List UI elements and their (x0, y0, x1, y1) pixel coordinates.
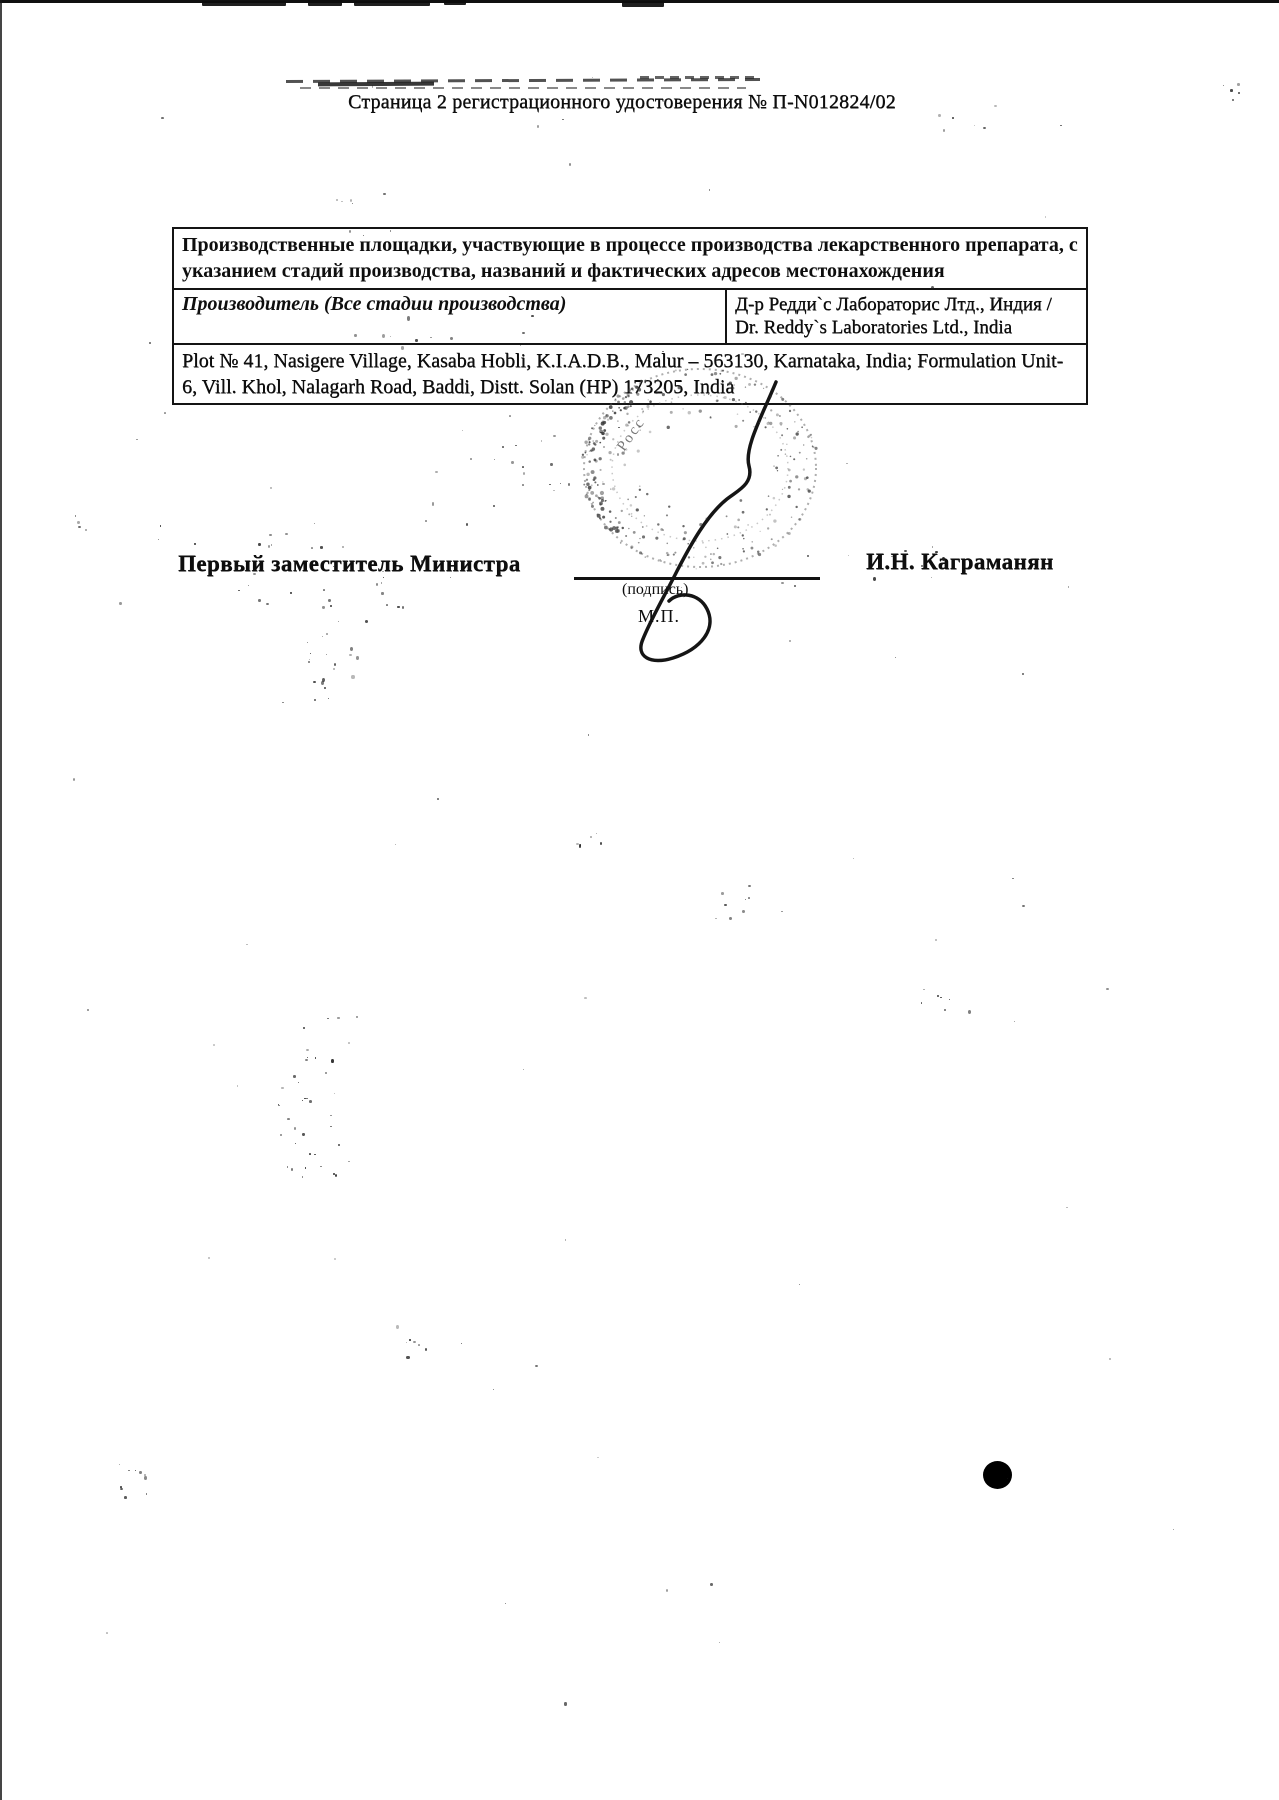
stamp-speck (592, 450, 594, 452)
stamp-speck (726, 515, 728, 517)
scan-speck (75, 515, 77, 517)
stamp-speck (735, 377, 738, 380)
scan-speck (328, 698, 329, 699)
stamp-speck (773, 465, 775, 467)
scan-speck (194, 543, 196, 545)
scan-speck (1237, 83, 1239, 85)
scan-speck (306, 1098, 307, 1100)
scan-speck (921, 565, 923, 567)
stamp-speck (801, 426, 803, 428)
scan-speck (139, 1471, 142, 1474)
stamp-speck (747, 524, 749, 526)
stamp-speck (759, 422, 760, 423)
scan-speck (873, 577, 876, 581)
scan-speck (266, 603, 269, 605)
scan-speck (302, 1176, 303, 1178)
scan-speck (432, 502, 435, 506)
scan-speck (1045, 216, 1046, 218)
scan-speck (420, 343, 421, 344)
stamp-speck (639, 485, 641, 487)
stamp-speck (618, 407, 620, 409)
stamp-speck (624, 401, 626, 403)
stamp-speck (657, 379, 659, 381)
stamp-speck (775, 467, 778, 470)
producer-value-ru: Д-р Редди`с Лабораторис Лтд., Индия / (735, 293, 1078, 317)
scan-speck (337, 1017, 339, 1020)
scan-speck (935, 939, 937, 941)
stamp-speck (604, 526, 608, 530)
stamp-speck (649, 431, 652, 434)
scan-speck (549, 484, 550, 485)
scan-speck (425, 1348, 427, 1351)
stamp-speck (717, 548, 719, 550)
stamp-speck (774, 544, 777, 547)
scan-speck (326, 633, 327, 635)
scan-speck (1223, 85, 1224, 86)
signature-caption: (подпись) (622, 581, 688, 599)
stamp-speck (675, 369, 677, 371)
stamp-speck (667, 426, 670, 429)
scan-speck (124, 1496, 127, 1499)
stamp-speck (786, 444, 787, 445)
stamp-speck (588, 460, 591, 463)
stamp-speck (600, 491, 604, 495)
scan-speck (949, 999, 951, 1000)
scan-speck (390, 336, 391, 337)
scan-speck (383, 193, 385, 195)
scan-speck (565, 1239, 566, 1240)
stamp-speck (790, 456, 792, 458)
stamp-speck (609, 510, 612, 513)
stamp-speck (755, 410, 757, 412)
scan-speck (715, 918, 717, 920)
stamp-speck (660, 528, 663, 531)
scan-speck (208, 1257, 210, 1259)
scan-speck (681, 587, 682, 588)
scan-speck (238, 590, 240, 591)
scan-speck (390, 230, 391, 231)
stamp-speck (732, 387, 734, 389)
scan-speck (601, 499, 604, 502)
scan-speck (330, 1126, 332, 1127)
stamp-speck (586, 479, 588, 481)
stamp-speck (588, 486, 592, 490)
signer-title: Первый заместитель Министра (178, 551, 521, 577)
scan-speck (335, 1174, 337, 1177)
stamp-speck (620, 542, 622, 544)
scan-speck (161, 117, 163, 119)
scan-speck (437, 798, 439, 800)
stamp-speck (599, 457, 602, 460)
stamp-speck (642, 526, 644, 528)
scan-speck (974, 125, 975, 126)
scan-speck (158, 539, 159, 540)
stamp-speck (639, 538, 640, 539)
signer-name: И.Н. Каграманян (866, 549, 1054, 575)
scan-speck (383, 577, 385, 578)
stamp-arc-text: Росс (614, 415, 648, 455)
scan-speck (600, 842, 602, 844)
scan-speck (522, 484, 524, 486)
scan-speck (302, 1133, 304, 1135)
stamp-speck (684, 531, 687, 534)
scan-speck (944, 1009, 946, 1011)
scan-speck (309, 1153, 311, 1155)
scan-speck (314, 1154, 315, 1156)
stamp-speck (787, 495, 790, 498)
scan-speck (789, 640, 791, 643)
stamp-speck (602, 516, 605, 519)
scan-speck (293, 1075, 296, 1077)
scan-speck (334, 663, 337, 666)
stamp-speck (745, 402, 747, 404)
stamp-speck (592, 447, 595, 450)
scan-speck (509, 415, 511, 417)
scan-speck (342, 546, 344, 549)
stamp-speck (684, 373, 687, 376)
scan-speck (330, 1115, 332, 1116)
scan-speck (1060, 125, 1062, 127)
stamp-speck (648, 399, 649, 400)
scan-speck (281, 1087, 283, 1089)
scan-speck (564, 1702, 567, 1705)
stamp-speck (748, 383, 751, 386)
scan-speck (331, 1059, 334, 1063)
scan-speck (502, 446, 505, 448)
stamp-speck (617, 401, 620, 404)
stamp-speck (687, 543, 689, 545)
stamp-speck (678, 387, 680, 389)
stamp-speck (769, 422, 772, 425)
scan-speck (270, 487, 272, 489)
stamp-speck (638, 542, 640, 544)
stamp-speck (599, 469, 601, 471)
scan-speck (269, 534, 271, 536)
scan-speck (351, 675, 354, 679)
stamp-speck (623, 464, 626, 467)
scan-speck (328, 599, 331, 602)
seal-abbreviation: М.П. (638, 606, 680, 627)
stamp-speck (599, 442, 601, 444)
stamp-speck (602, 437, 605, 440)
scan-speck (149, 342, 151, 343)
scan-speck (397, 606, 399, 609)
stamp-speck (804, 477, 807, 480)
scan-speck (666, 1589, 668, 1592)
scan-speck (298, 1082, 299, 1083)
stamp-speck (588, 489, 590, 491)
scan-speck (356, 1016, 358, 1017)
stamp-speck (609, 416, 613, 420)
scan-speck (493, 505, 495, 507)
stamp-speck (630, 546, 633, 549)
scan-speck (119, 1464, 121, 1465)
stamp-speck (708, 394, 709, 395)
scan-speck (311, 547, 313, 549)
scan-speck (938, 114, 941, 117)
scan-speck (325, 1072, 327, 1074)
stamp-speck (768, 495, 770, 497)
scan-speck (268, 545, 271, 548)
stamp-speck (662, 393, 665, 396)
scan-speck (462, 430, 463, 431)
stamp-speck (782, 489, 783, 490)
stamp-speck (635, 386, 638, 389)
scan-speck (128, 1470, 129, 1472)
stamp-speck (633, 531, 636, 534)
stamp-speck (589, 451, 590, 452)
stamp-speck (742, 511, 745, 514)
scan-speck (144, 1476, 147, 1479)
scan-speck (73, 778, 76, 782)
stamp-speck (617, 395, 620, 398)
stamp-speck (584, 440, 587, 443)
stamp-speck (585, 494, 589, 498)
scan-speck (282, 702, 284, 704)
table-header-cell: Производственные площадки, участвующие в… (173, 228, 1087, 289)
scan-speck (309, 659, 310, 660)
scan-speck (309, 1100, 312, 1103)
scan-speck (246, 944, 248, 945)
stamp-speck (625, 449, 627, 451)
official-stamp: Росс (570, 350, 860, 680)
scan-speck (729, 917, 732, 920)
scan-speck (271, 544, 273, 546)
scan-speck (336, 199, 338, 201)
stamp-speck (639, 429, 641, 431)
scan-speck (386, 604, 388, 606)
scan-speck (258, 599, 261, 602)
stamp-speck (803, 468, 805, 470)
stamp-speck (711, 373, 714, 376)
scan-speck (78, 526, 81, 528)
stamp-speck (810, 434, 812, 436)
scan-speck (597, 1457, 599, 1458)
scan-speck (285, 533, 287, 535)
stamp-speck (811, 437, 813, 439)
scan-speck (550, 463, 553, 466)
stamp-speck (589, 441, 591, 443)
scan-speck (537, 125, 540, 128)
scan-speck (320, 1166, 322, 1168)
stamp-speck (608, 451, 611, 454)
stamp-speck (799, 452, 801, 454)
stamp-speck (763, 388, 764, 389)
stamp-speck (617, 420, 618, 421)
stamp-speck (594, 443, 596, 445)
scan-speck (295, 1143, 296, 1144)
scan-speck (541, 440, 542, 441)
stamp-speck (667, 554, 669, 556)
scan-speck (592, 77, 593, 78)
scan-speck (322, 606, 325, 608)
stamp-speck (624, 406, 628, 410)
stamp-speck (807, 436, 809, 438)
scan-speck (568, 483, 570, 486)
scan-speck (1022, 905, 1025, 907)
scan-fragment (444, 0, 466, 5)
scan-speck (515, 445, 516, 446)
stamp-speck (737, 526, 739, 528)
scan-speck (748, 897, 750, 899)
stamp-speck (597, 514, 601, 518)
scan-speck (904, 550, 906, 552)
scan-speck (323, 589, 325, 591)
stamp-speck (586, 473, 589, 476)
signature-line (574, 577, 820, 580)
stamp-outer-ring (584, 369, 816, 567)
scan-speck (781, 582, 784, 584)
stamp-speck (671, 401, 673, 403)
stamp-speck (688, 556, 690, 558)
stamp-speck (615, 398, 617, 400)
scan-speck (511, 461, 514, 465)
stamp-speck (787, 428, 789, 430)
stamp-speck (666, 514, 668, 516)
scan-speck (308, 661, 310, 663)
scan-speck (213, 1044, 215, 1046)
stamp-speck (639, 551, 642, 554)
scan-speck (505, 1603, 507, 1604)
stamp-speck (639, 489, 641, 491)
scan-speck (968, 1010, 971, 1014)
stamp-speck (582, 454, 584, 456)
scan-speck (461, 1343, 463, 1344)
stamp-speck (644, 515, 645, 516)
stamp-speck (713, 553, 715, 555)
stamp-speck (765, 426, 767, 428)
stamp-speck (621, 451, 624, 454)
scan-speck (584, 997, 587, 999)
scan-speck (333, 668, 335, 670)
scan-speck (721, 892, 724, 895)
scan-speck (341, 201, 342, 202)
scan-speck (302, 1100, 303, 1102)
scan-speck (596, 833, 597, 834)
stamp-speck (693, 557, 694, 558)
stamp-speck (752, 541, 753, 542)
stamp-speck (702, 542, 704, 544)
stamp-speck (799, 518, 802, 521)
scan-speck (1066, 1207, 1068, 1208)
stamp-speck (674, 552, 676, 554)
scan-speck (493, 1389, 494, 1390)
stamp-speck (773, 519, 776, 522)
scan-speck (523, 1069, 524, 1070)
stamp-speck (688, 411, 691, 414)
scan-speck (321, 681, 324, 685)
scan-speck (409, 1339, 411, 1341)
stamp-speck (668, 505, 670, 507)
scan-black-dot (983, 1461, 1012, 1489)
scan-speck (324, 687, 325, 688)
stamp-speck (757, 551, 760, 554)
scan-speck (406, 1342, 407, 1344)
stamp-speck (591, 427, 593, 429)
scan-speck (421, 560, 424, 563)
scan-speck (326, 654, 327, 655)
stamp-speck (705, 518, 707, 520)
stamp-speck (590, 491, 594, 495)
stamp-speck (795, 432, 798, 435)
scan-speck (313, 681, 315, 683)
stamp-speck (699, 523, 702, 526)
producer-row: Производитель (Все стадии производства) … (173, 289, 1087, 344)
stamp-speck (637, 388, 641, 392)
stamp-speck (591, 505, 594, 508)
scan-speck (983, 127, 986, 129)
scan-speck (741, 353, 743, 355)
scan-speck (781, 911, 783, 913)
stamp-speck (760, 531, 761, 532)
stamp-speck (615, 517, 617, 519)
scan-speck (450, 577, 451, 578)
scan-speck (333, 566, 334, 568)
scan-speck (307, 642, 308, 644)
stamp-speck (646, 493, 648, 495)
stamp-speck (583, 484, 585, 486)
scan-speck (891, 556, 893, 558)
scan-speck (77, 521, 80, 524)
stamp-speck (655, 537, 658, 540)
scan-smudge-line (640, 76, 760, 79)
stamp-speck (719, 373, 721, 375)
scan-speck (382, 571, 383, 572)
scan-speck (923, 989, 924, 990)
stamp-speck (779, 415, 781, 417)
stamp-speck (735, 425, 738, 428)
stamp-speck (812, 446, 813, 447)
stamp-speck (773, 497, 776, 500)
scan-speck (535, 1365, 538, 1367)
scan-speck (348, 1161, 350, 1162)
stamp-speck (767, 527, 769, 529)
scan-speck (305, 1059, 308, 1062)
stamp-speck (642, 535, 645, 538)
scan-speck (470, 458, 472, 460)
stamp-speck (594, 425, 595, 426)
scan-speck (590, 836, 592, 838)
stamp-speck (788, 532, 791, 535)
scan-speck (430, 337, 431, 338)
stamp-speck (657, 523, 659, 525)
scan-speck (560, 483, 561, 484)
stamp-speck (785, 453, 786, 454)
scan-speck (1014, 1021, 1015, 1022)
stamp-speck (702, 562, 705, 565)
stamp-speck (666, 543, 668, 545)
stamp-speck (749, 411, 751, 413)
stamp-speck (635, 496, 637, 498)
stamp-speck (699, 410, 702, 413)
stamp-speck (720, 563, 722, 565)
scan-speck (106, 1632, 108, 1634)
stamp-speck (628, 390, 630, 392)
scan-speck (1173, 1529, 1174, 1530)
stamp-speck (795, 475, 798, 478)
scan-speck (994, 105, 997, 107)
stamp-speck (597, 484, 599, 486)
scan-speck (258, 543, 261, 547)
stamp-speck (656, 392, 658, 394)
stamp-speck (614, 412, 617, 415)
scan-speck (579, 844, 582, 848)
stamp-speck (641, 408, 643, 410)
scan-speck (349, 654, 352, 657)
scan-speck (322, 636, 323, 637)
scan-speck (350, 647, 353, 651)
stamp-speck (610, 488, 611, 489)
